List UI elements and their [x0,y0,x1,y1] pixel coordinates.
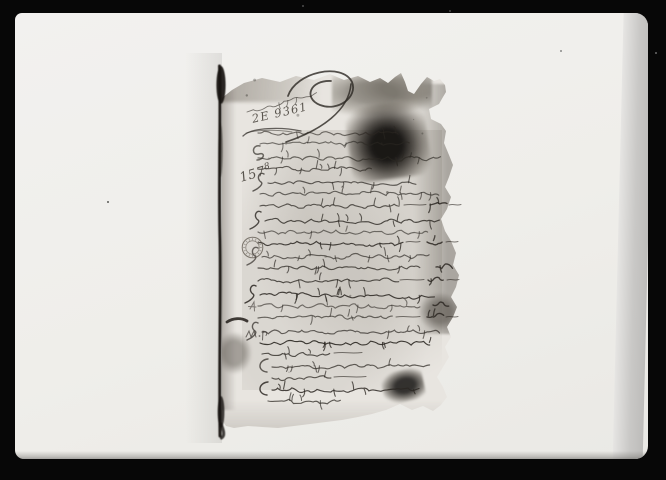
page-bottom-edge-shadow [15,451,648,459]
binding-edge-dirt [220,90,236,410]
page-fore-edge [612,13,648,459]
paper-speck [560,50,562,52]
scanner-dust-speck [655,52,657,54]
scanner-dust-speck [302,5,304,7]
manuscript-leaf [222,70,462,437]
scanner-dust-speck [449,10,451,12]
gutter-shading [185,53,222,443]
scanned-document-view: 2E 9361 1578 [0,0,666,480]
paper-speck [107,201,109,203]
